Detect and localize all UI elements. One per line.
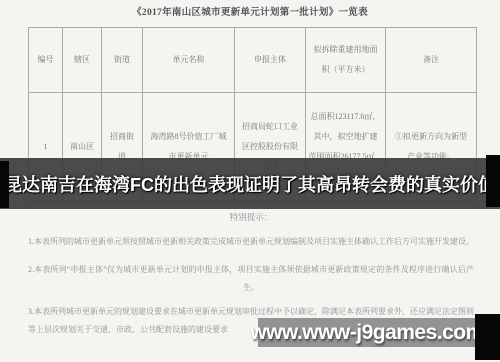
header-cell-id: 编号	[29, 28, 63, 93]
page-title: 《2017年南山区城市更新单元计划第一批计划》一览表	[0, 4, 500, 18]
watermark-text: www.www-j9games.com	[250, 321, 484, 345]
header-cell-unit-name: 单元名称	[143, 28, 235, 93]
document-photo: 《2017年南山区城市更新单元计划第一批计划》一览表 编号 辖区 街道 单元名称…	[0, 0, 500, 362]
header-cell-street: 街道	[102, 28, 143, 93]
note-2: 2.本表所列“申报主体”仅为城市更新单元计划的申报主体，项目实施主体须依据城市更…	[28, 261, 474, 298]
notes-heading: 特别提示：	[28, 210, 474, 225]
headline-banner: 昆达南吉在海湾FC的出色表现证明了其高昂转会费的真实价值	[0, 158, 500, 209]
headline-text: 昆达南吉在海湾FC的出色表现证明了其高昂转会费的真实价值	[4, 171, 496, 197]
header-cell-district: 辖区	[63, 28, 102, 93]
banner-endcap-left	[0, 161, 9, 208]
banner-endcap-right	[486, 155, 500, 207]
header-cell-applicant: 申报主体	[235, 28, 306, 93]
header-cell-area: 拟拆除重建用地面 积（平方米）	[306, 28, 386, 93]
note-1: 1.本表所列的城市更新单元须按照城市更新相关政策完成城市更新单元规划编制及项目实…	[28, 233, 474, 252]
header-cell-remark: 备注	[386, 28, 477, 93]
watermark-band: www.www-j9games.com	[258, 318, 476, 347]
table-header-row: 编号 辖区 街道 单元名称 申报主体 拟拆除重建用地面 积（平方米） 备注	[29, 28, 477, 93]
bottom-right-black-box	[475, 314, 500, 360]
